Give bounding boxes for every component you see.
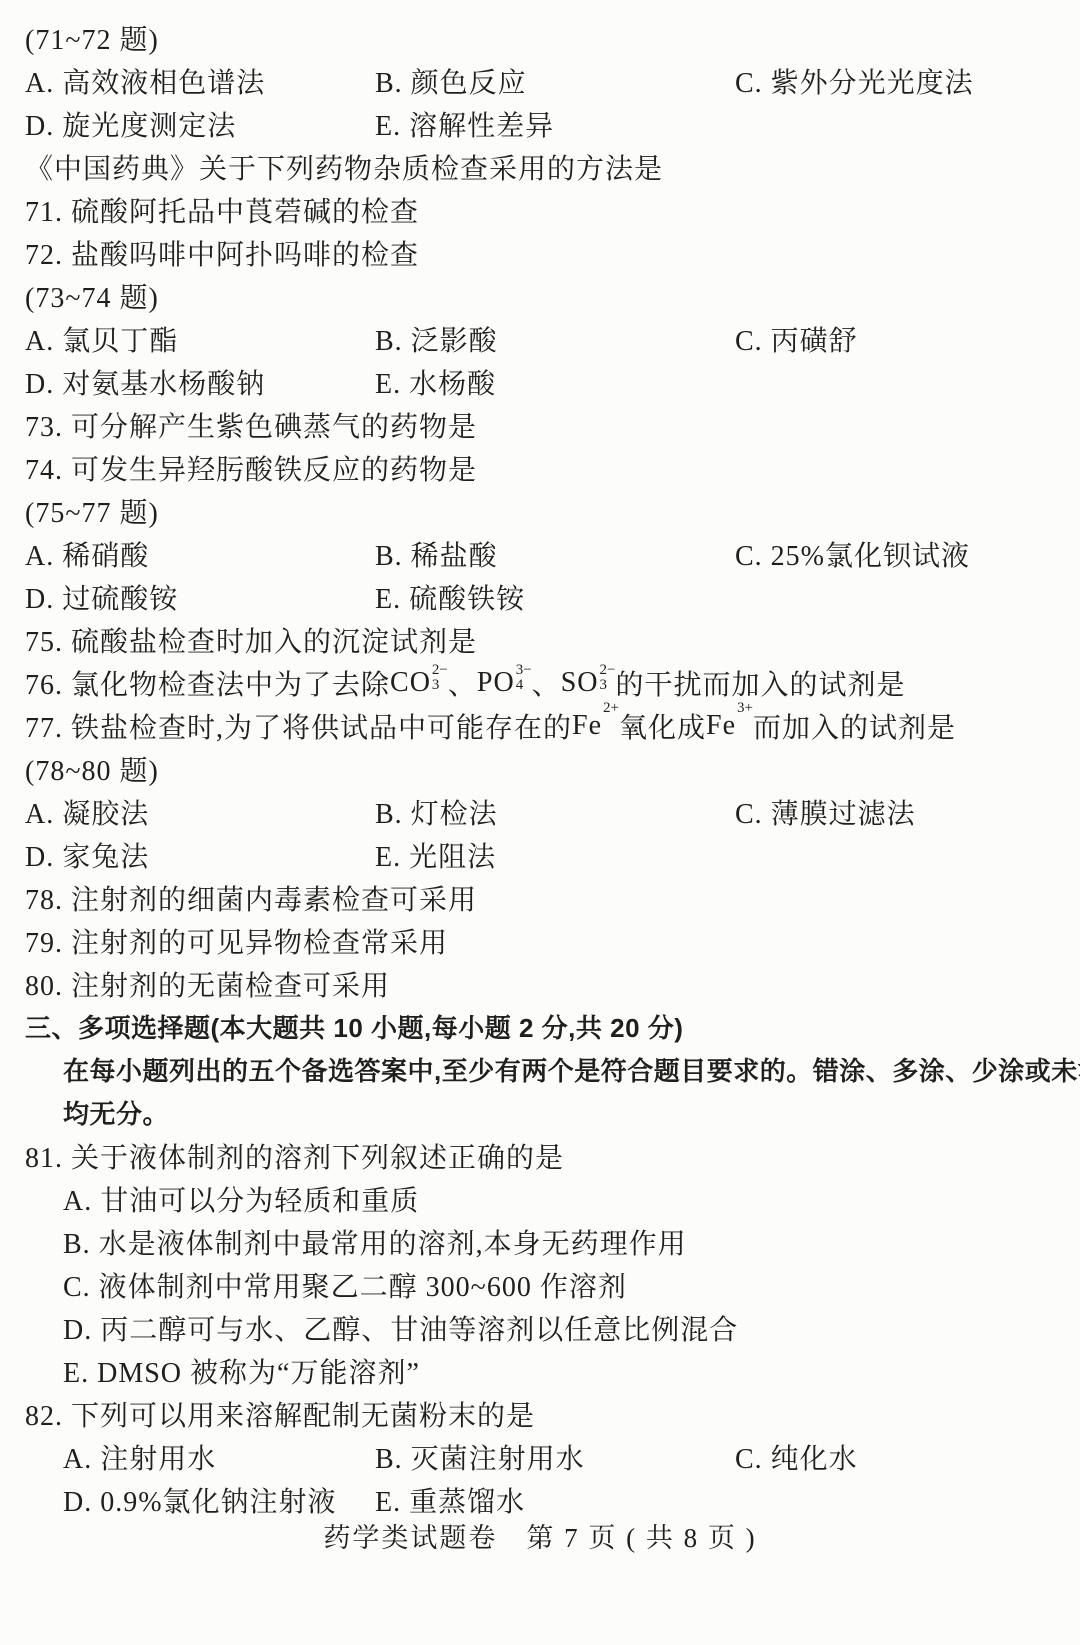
section-3-instruction-2: 均无分。 xyxy=(25,1091,1052,1134)
question-74: 74. 可发生异羟肟酸铁反应的药物是 xyxy=(25,446,1052,489)
ion-charge: 2− xyxy=(599,663,615,679)
option-a: A. 稀硝酸 xyxy=(25,534,375,574)
ion-charge: 2+ xyxy=(603,700,619,717)
option-c: C. 紫外分光光度法 xyxy=(735,61,1052,101)
question-76-prefix: 76. 氯化物检查法中为了去除 xyxy=(25,663,390,703)
option-e: E. 重蒸馏水 xyxy=(375,1480,735,1520)
option-a: A. 凝胶法 xyxy=(25,792,375,832)
option-c: C. 纯化水 xyxy=(735,1437,1052,1477)
ion-separator: 、 xyxy=(532,663,561,703)
group-75-77-header: (75~77 题) xyxy=(25,489,1052,532)
group-75-77-options-abc: A. 稀硝酸 B. 稀盐酸 C. 25%氯化钡试液 xyxy=(25,532,1052,575)
ion-base: SO xyxy=(561,667,599,699)
question-73: 73. 可分解产生紫色碘蒸气的药物是 xyxy=(25,403,1052,446)
option-a: A. 注射用水 xyxy=(63,1437,375,1477)
option-b: B. 颜色反应 xyxy=(375,61,735,101)
group-78-80-options-abc: A. 凝胶法 B. 灯检法 C. 薄膜过滤法 xyxy=(25,790,1052,833)
question-76: 76. 氯化物检查法中为了去除 CO2−3 、 PO3−4 、 SO2−3 的干… xyxy=(25,661,1052,704)
exam-content: (71~72 题) A. 高效液相色谱法 B. 颜色反应 C. 紫外分光光度法 … xyxy=(25,16,1052,1521)
ion-charge: 2− xyxy=(432,663,448,679)
option-b: B. 灯检法 xyxy=(375,792,735,832)
question-82-stem: 82. 下列可以用来溶解配制无菌粉末的是 xyxy=(25,1392,1052,1435)
group-73-74-options-abc: A. 氯贝丁酯 B. 泛影酸 C. 丙磺舒 xyxy=(25,317,1052,360)
group-73-74-options-de: D. 对氨基水杨酸钠 E. 水杨酸 xyxy=(25,360,1052,403)
question-77-suffix: 而加入的试剂是 xyxy=(753,706,956,746)
question-75: 75. 硫酸盐检查时加入的沉淀试剂是 xyxy=(25,618,1052,661)
option-b: B. 泛影酸 xyxy=(375,319,735,359)
option-d: D. 家兔法 xyxy=(25,835,375,875)
ion-charge: 3+ xyxy=(737,700,753,717)
option-a: A. 氯贝丁酯 xyxy=(25,319,375,359)
ion-separator: 、 xyxy=(448,663,477,703)
question-79: 79. 注射剂的可见异物检查常采用 xyxy=(25,919,1052,962)
question-81-stem: 81. 关于液体制剂的溶剂下列叙述正确的是 xyxy=(25,1134,1052,1177)
group-75-77-options-de: D. 过硫酸铵 E. 硫酸铁铵 xyxy=(25,575,1052,618)
ion-scripts: 3−4 xyxy=(516,663,532,695)
ion-base: CO xyxy=(390,667,431,699)
ferrous-ion-formula: Fe2+ xyxy=(572,710,619,742)
ion-base: Fe xyxy=(572,710,602,742)
ion-subscript: 4 xyxy=(516,678,524,694)
group-71-72-header: (71~72 题) xyxy=(25,16,1052,59)
option-d: D. 对氨基水杨酸钠 xyxy=(25,362,375,402)
group-78-80-options-de: D. 家兔法 E. 光阻法 xyxy=(25,833,1052,876)
ion-base: PO xyxy=(477,667,515,699)
phosphate-ion-formula: PO3−4 xyxy=(477,667,532,699)
option-d: D. 过硫酸铵 xyxy=(25,577,375,617)
option-d: D. 旋光度测定法 xyxy=(25,104,375,144)
ion-scripts: 2−3 xyxy=(432,663,448,695)
ion-base: Fe xyxy=(706,710,736,742)
question-81-option-b: B. 水是液体制剂中最常用的溶剂,本身无药理作用 xyxy=(25,1220,1052,1263)
option-b: B. 稀盐酸 xyxy=(375,534,735,574)
option-a: A. 高效液相色谱法 xyxy=(25,61,375,101)
question-77: 77. 铁盐检查时,为了将供试品中可能存在的 Fe2+ 氧化成 Fe3+ 而加入… xyxy=(25,704,1052,747)
option-e: E. 溶解性差异 xyxy=(375,104,735,144)
group-78-80-header: (78~80 题) xyxy=(25,747,1052,790)
exam-page: (71~72 题) A. 高效液相色谱法 B. 颜色反应 C. 紫外分光光度法 … xyxy=(0,0,1080,1645)
question-72: 72. 盐酸吗啡中阿扑吗啡的检查 xyxy=(25,231,1052,274)
question-80: 80. 注射剂的无菌检查可采用 xyxy=(25,962,1052,1005)
question-81-option-d: D. 丙二醇可与水、乙醇、甘油等溶剂以任意比例混合 xyxy=(25,1306,1052,1349)
question-76-suffix: 的干扰而加入的试剂是 xyxy=(615,663,905,703)
page-footer: 药学类试题卷 第 7 页 ( 共 8 页 ) xyxy=(0,1516,1080,1555)
sulfite-ion-formula: SO2−3 xyxy=(561,667,616,699)
option-c: C. 丙磺舒 xyxy=(735,319,1052,359)
option-e: E. 硫酸铁铵 xyxy=(375,577,735,617)
group-73-74-header: (73~74 题) xyxy=(25,274,1052,317)
group-71-72-options-abc: A. 高效液相色谱法 B. 颜色反应 C. 紫外分光光度法 xyxy=(25,59,1052,102)
ion-scripts: 2−3 xyxy=(599,663,615,695)
option-c: C. 25%氯化钡试液 xyxy=(735,534,1052,574)
option-e: E. 光阻法 xyxy=(375,835,735,875)
question-82-options-de: D. 0.9%氯化钠注射液 E. 重蒸馏水 xyxy=(25,1478,1052,1521)
option-c: C. 薄膜过滤法 xyxy=(735,792,1052,832)
option-e: E. 水杨酸 xyxy=(375,362,735,402)
group-71-72-stem: 《中国药典》关于下列药物杂质检查采用的方法是 xyxy=(25,145,1052,188)
question-78: 78. 注射剂的细菌内毒素检查可采用 xyxy=(25,876,1052,919)
question-71: 71. 硫酸阿托品中莨菪碱的检查 xyxy=(25,188,1052,231)
ion-charge: 3− xyxy=(516,663,532,679)
section-3-instruction-1: 在每小题列出的五个备选答案中,至少有两个是符合题目要求的。错涂、多涂、少涂或未涂 xyxy=(25,1048,1052,1091)
option-d: D. 0.9%氯化钠注射液 xyxy=(63,1480,375,1520)
question-81-option-e: E. DMSO 被称为“万能溶剂” xyxy=(25,1349,1052,1392)
question-77-mid: 氧化成 xyxy=(619,706,706,746)
ion-subscript: 3 xyxy=(432,678,440,694)
ion-subscript: 3 xyxy=(599,678,607,694)
option-b: B. 灭菌注射用水 xyxy=(375,1437,735,1477)
section-3-title: 三、多项选择题(本大题共 10 小题,每小题 2 分,共 20 分) xyxy=(25,1005,1052,1048)
question-77-prefix: 77. 铁盐检查时,为了将供试品中可能存在的 xyxy=(25,706,572,746)
question-81-option-c: C. 液体制剂中常用聚乙二醇 300~600 作溶剂 xyxy=(25,1263,1052,1306)
carbonate-ion-formula: CO2−3 xyxy=(390,667,448,699)
ferric-ion-formula: Fe3+ xyxy=(706,710,753,742)
group-71-72-options-de: D. 旋光度测定法 E. 溶解性差异 xyxy=(25,102,1052,145)
question-82-options-abc: A. 注射用水 B. 灭菌注射用水 C. 纯化水 xyxy=(25,1435,1052,1478)
question-81-option-a: A. 甘油可以分为轻质和重质 xyxy=(25,1177,1052,1220)
